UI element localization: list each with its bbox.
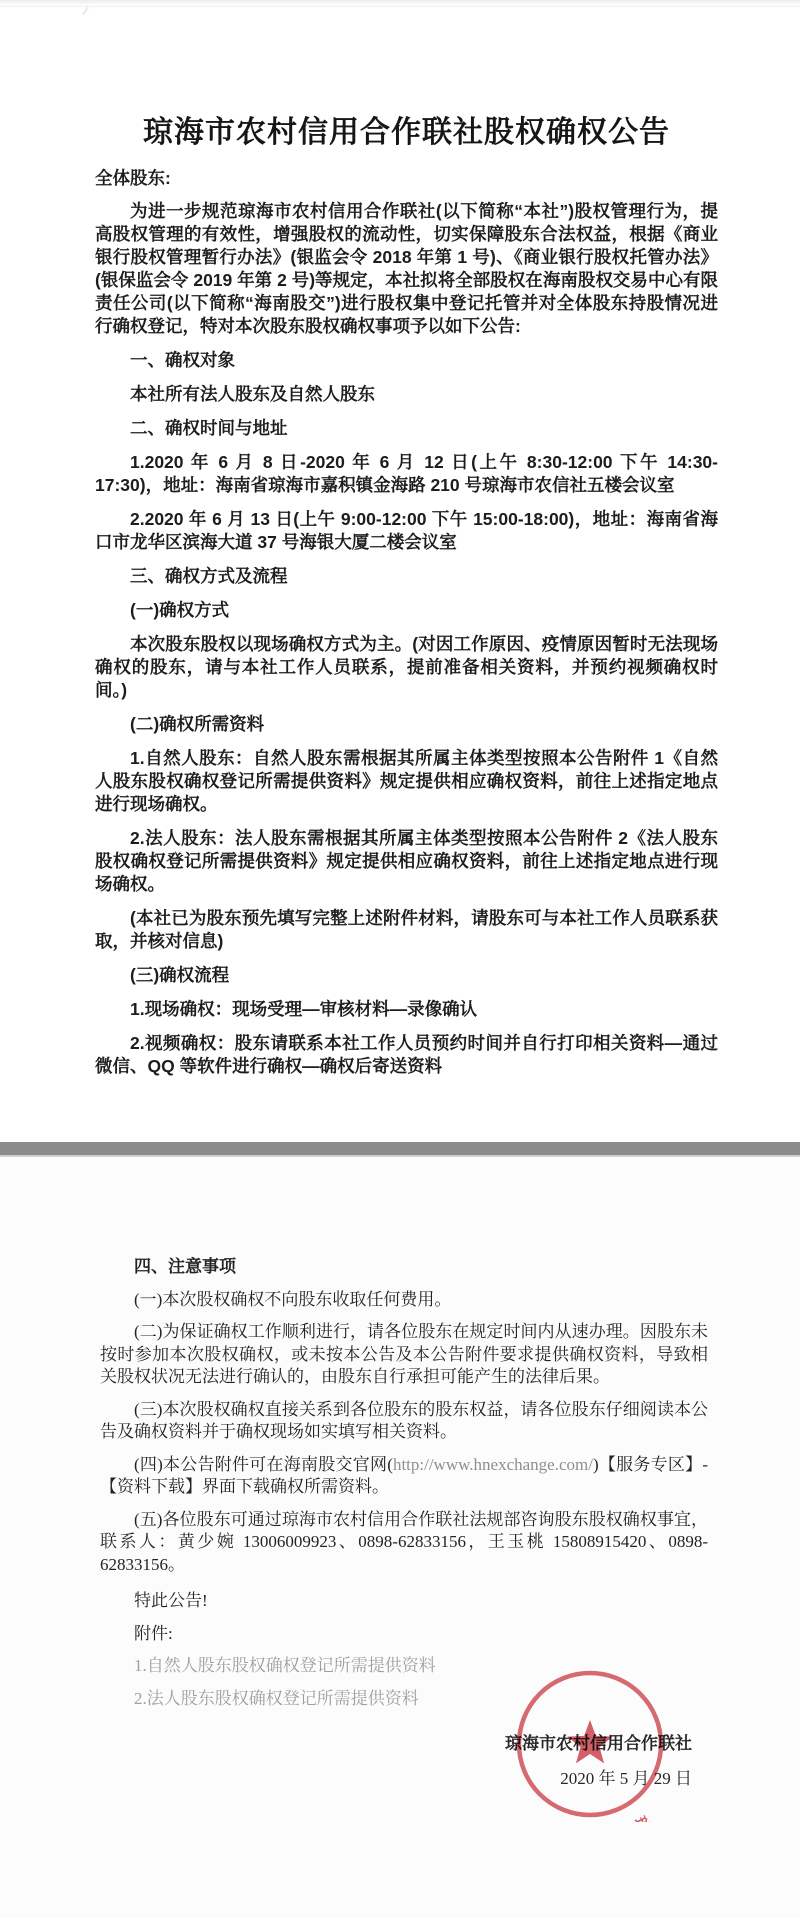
section-1-heading: 一、确权对象 <box>95 349 718 372</box>
confirmation-time-item-2: 2.2020 年 6 月 13 日(上午 9:00-12:00 下午 15:00… <box>95 508 718 554</box>
announcement-page-2: 四、注意事项 (一)本次股权确权不向股东收取任何费用。 (二)为保证确权工作顺利… <box>0 1248 800 1720</box>
note-3: (三)本次股权确权直接关系到各位股东的股东权益，请各位股东仔细阅读本公告及确权资… <box>100 1399 708 1444</box>
issuer-name: 琼海市农村信用合作联社 <box>0 1733 692 1755</box>
note-4-prefix-text: (四)本公告附件可在海南股交官网( <box>134 1455 393 1474</box>
note-5-contacts: (五)各位股东可通过琼海市农村信用合作联社法规部咨询股东股权确权事宜，联系人：黄… <box>100 1509 708 1577</box>
attachment-item-1: 1.自然人股东股权确权登记所需提供资料 <box>100 1655 708 1678</box>
prefilled-materials-note: (本社已为股东预先填写完整上述附件材料，请股东可与本社工作人员联系获取，并核对信… <box>95 907 718 953</box>
note-1: (一)本次股权确权不向股东收取任何费用。 <box>100 1289 708 1312</box>
note-4: (四)本公告附件可在海南股交官网(http://www.hnexchange.c… <box>100 1454 708 1499</box>
note-2: (二)为保证确权工作顺利进行，请各位股东在规定时间内从速办理。因股东未按时参加本… <box>100 1321 708 1389</box>
attachment-item-2: 2.法人股东股权确权登记所需提供资料 <box>100 1688 708 1711</box>
closing-statement: 特此公告! <box>100 1590 708 1613</box>
announcement-page-1: 琼海市农村信用合作联社股权确权公告 全体股东: 为进一步规范琼海市农村信用合作联… <box>0 0 800 1089</box>
page-title: 琼海市农村信用合作联社股权确权公告 <box>95 114 718 152</box>
natural-person-shareholder-item: 1.自然人股东：自然人股东需根据其所属主体类型按照本公告附件 1《自然人股东股权… <box>95 747 718 816</box>
section-3-sub-1-heading: (一)确权方式 <box>95 599 718 622</box>
confirmation-method-body: 本次股东股权以现场确权方式为主。(对因工作原因、疫情原因暂时无法现场确权的股东，… <box>95 633 718 702</box>
scanned-document: 琼海市农村信用合作联社股权确权公告 全体股东: 为进一步规范琼海市农村信用合作联… <box>0 0 800 1918</box>
section-2-heading: 二、确权时间与地址 <box>95 417 718 440</box>
salutation: 全体股东: <box>95 166 718 190</box>
section-3-heading: 三、确权方式及流程 <box>95 565 718 588</box>
legal-person-shareholder-item: 2.法人股东：法人股东需根据其所属主体类型按照本公告附件 2《法人股东股权确权登… <box>95 827 718 896</box>
signature-block: 琼海市农村信用合作联社 2020 年 5 月 29 日 <box>0 1733 692 1790</box>
website-url-text: http://www.hnexchange.com/ <box>393 1455 593 1474</box>
page-break-bar <box>0 1142 800 1157</box>
section-4-heading: 四、注意事项 <box>100 1256 708 1279</box>
issue-date: 2020 年 5 月 29 日 <box>0 1768 692 1790</box>
section-3-sub-3-heading: (三)确权流程 <box>95 964 718 987</box>
section-3-sub-2-heading: (二)确权所需资料 <box>95 713 718 736</box>
intro-paragraph: 为进一步规范琼海市农村信用合作联社(以下简称“本社”)股权管理行为，提高股权管理… <box>95 200 718 338</box>
confirmation-time-item-1: 1.2020 年 6 月 8 日-2020 年 6 月 12 日(上午 8:30… <box>95 451 718 497</box>
section-1-body: 本社所有法人股东及自然人股东 <box>95 383 718 406</box>
onsite-confirmation-flow-item: 1.现场确权：现场受理—审核材料—录像确认 <box>95 998 718 1021</box>
video-confirmation-flow-item: 2.视频确权：股东请联系本社工作人员预约时间并自行打印相关资料—通过微信、QQ … <box>95 1032 718 1078</box>
attachments-label: 附件: <box>100 1623 708 1646</box>
